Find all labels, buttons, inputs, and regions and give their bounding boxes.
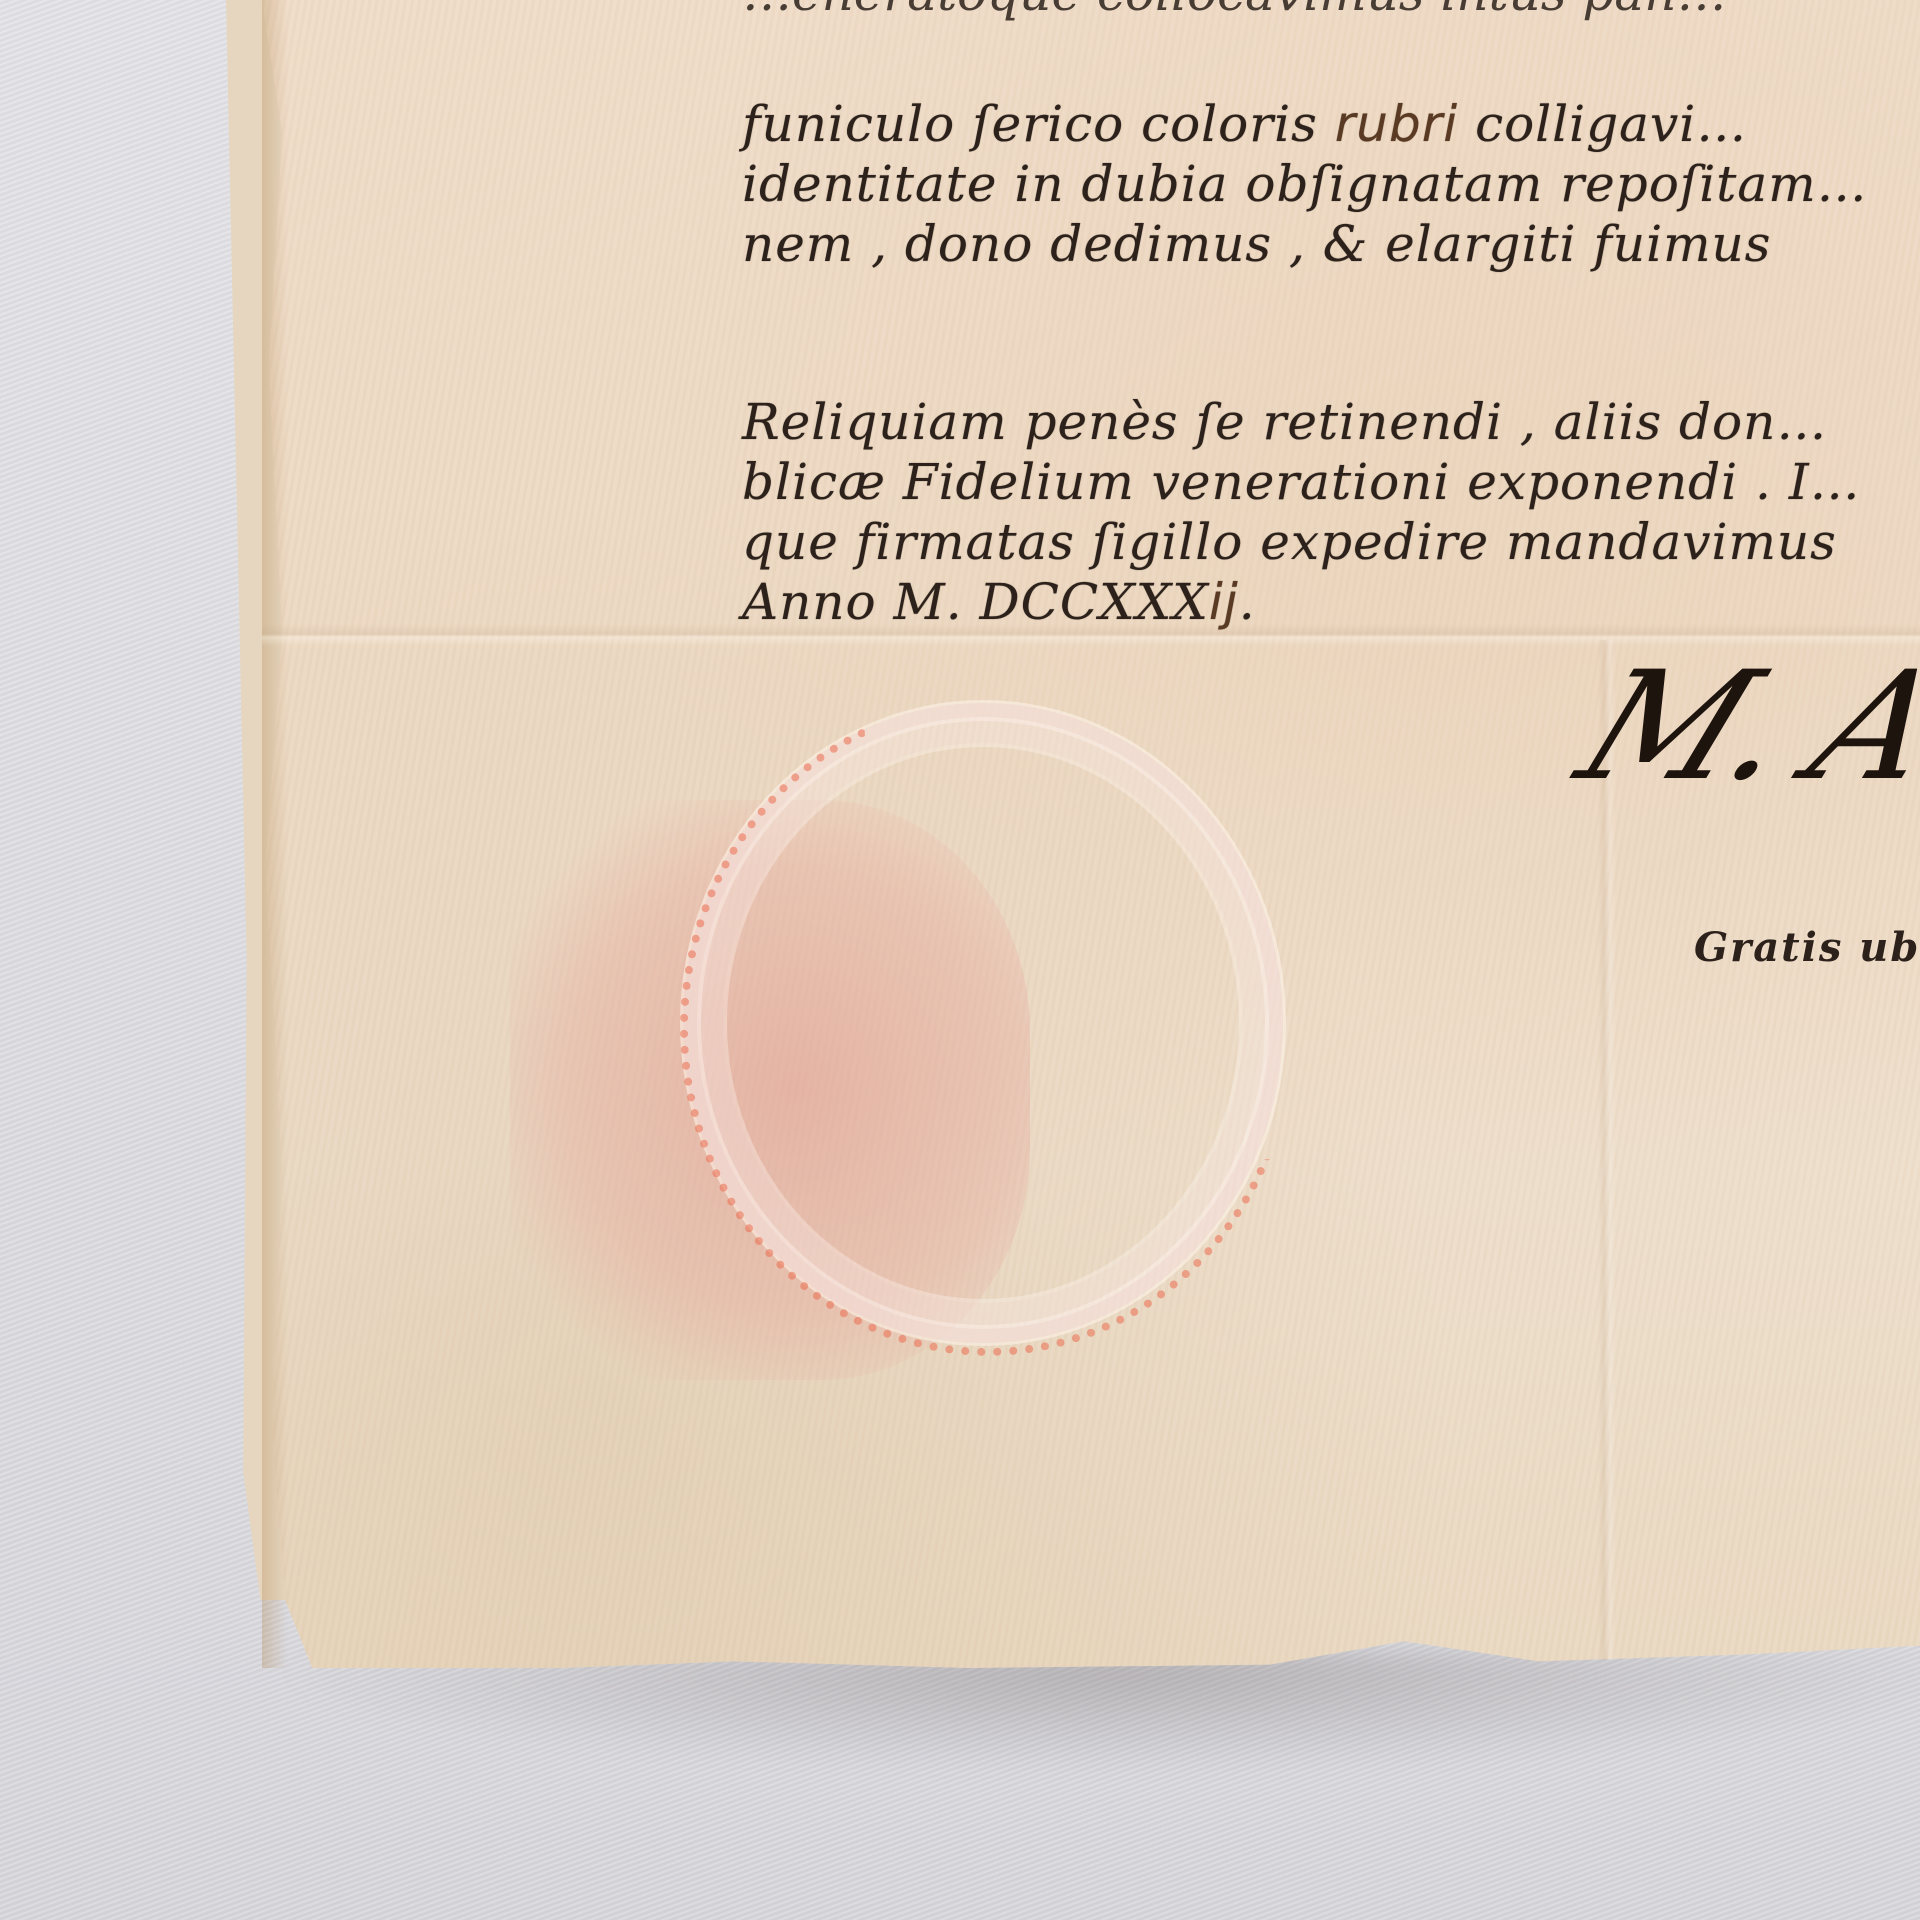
text-line: funiculo ſerico coloris rubri colligavi… bbox=[742, 94, 1920, 154]
text-line: blicæ Fidelium venerationi exponendi . I… bbox=[742, 452, 1920, 512]
paper-shadow bbox=[270, 1650, 1920, 1770]
cropped-top-line: …eneratoque collocavimus intus pan… bbox=[742, 0, 1726, 22]
text-line: Reliquiam penès ſe retinendi , aliis don… bbox=[742, 392, 1920, 452]
date-line: Anno M. DCCXXXij. bbox=[742, 572, 1920, 632]
text-line: identitate in dubia obſignatam repoſitam… bbox=[742, 154, 1920, 214]
text-line: nem , dono dedimus , & elargiti fuimus bbox=[742, 214, 1920, 274]
handwritten-insertion: rubri bbox=[1335, 95, 1458, 153]
paragraph-1: funiculo ſerico coloris rubri colligavi…… bbox=[742, 94, 1920, 274]
text-line: que firmatas ſigillo expedire mandavimus bbox=[742, 512, 1920, 572]
paragraph-2: Reliquiam penès ſe retinendi , aliis don… bbox=[742, 392, 1920, 632]
paper-edge-stain bbox=[262, 0, 288, 1668]
handwritten-year-suffix: ij bbox=[1209, 573, 1239, 631]
gratis-footer-text: Gratis ubi… bbox=[1694, 924, 1920, 971]
